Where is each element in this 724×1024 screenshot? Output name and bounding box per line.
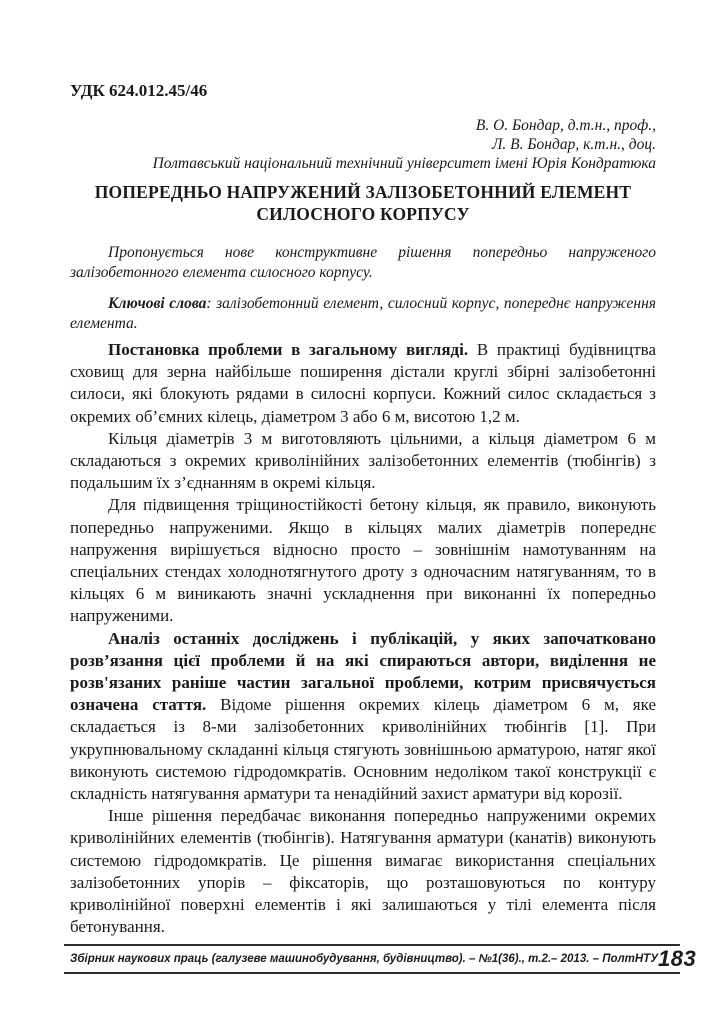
paragraph-text: Для підвищення тріщиностійкості бетону к… bbox=[70, 495, 656, 625]
body-paragraph: Для підвищення тріщиностійкості бетону к… bbox=[70, 494, 656, 627]
article-body: Постановка проблеми в загальному вигляді… bbox=[70, 339, 656, 938]
abstract-text: Пропонується нове конструктивне рішення … bbox=[70, 243, 656, 282]
journal-citation: Збірник наукових праць (галузеве машиноб… bbox=[64, 953, 658, 965]
author-line: В. О. Бондар, д.т.н., проф., bbox=[70, 116, 656, 135]
title-line-2: СИЛОСНОГО КОРПУСУ bbox=[256, 204, 469, 224]
keywords-line: Ключові слова: залізобетонний елемент, с… bbox=[70, 294, 656, 333]
body-paragraph: Аналіз останніх досліджень і публікацій,… bbox=[70, 628, 656, 806]
title-line-1: ПОПЕРЕДНЬО НАПРУЖЕНИЙ ЗАЛІЗОБЕТОННИЙ ЕЛЕ… bbox=[95, 182, 631, 202]
paragraph-text: Кільця діаметрів 3 м виготовляють цільни… bbox=[70, 429, 656, 492]
paragraph-lead: Постановка проблеми в загальному вигляді… bbox=[108, 340, 468, 359]
page-footer: Збірник наукових праць (галузеве машиноб… bbox=[64, 944, 680, 974]
article-content: УДК 624.012.45/46 В. О. Бондар, д.т.н., … bbox=[70, 0, 656, 938]
paragraph-text: Інше рішення передбачає виконання попере… bbox=[70, 806, 656, 936]
body-paragraph: Кільця діаметрів 3 м виготовляють цільни… bbox=[70, 428, 656, 495]
author-block: В. О. Бондар, д.т.н., проф., Л. В. Бонда… bbox=[70, 116, 656, 173]
keywords-label: Ключові слова bbox=[108, 295, 206, 312]
body-paragraph: Постановка проблеми в загальному вигляді… bbox=[70, 339, 656, 428]
page-number: 183 bbox=[658, 946, 698, 972]
document-page: УДК 624.012.45/46 В. О. Бондар, д.т.н., … bbox=[0, 0, 724, 1024]
article-title: ПОПЕРЕДНЬО НАПРУЖЕНИЙ ЗАЛІЗОБЕТОННИЙ ЕЛЕ… bbox=[70, 181, 656, 225]
body-paragraph: Інше рішення передбачає виконання попере… bbox=[70, 805, 656, 938]
udc-code: УДК 624.012.45/46 bbox=[70, 80, 656, 102]
author-line: Л. В. Бондар, к.т.н., доц. bbox=[70, 135, 656, 154]
affiliation: Полтавський національний технічний уніве… bbox=[70, 154, 656, 173]
